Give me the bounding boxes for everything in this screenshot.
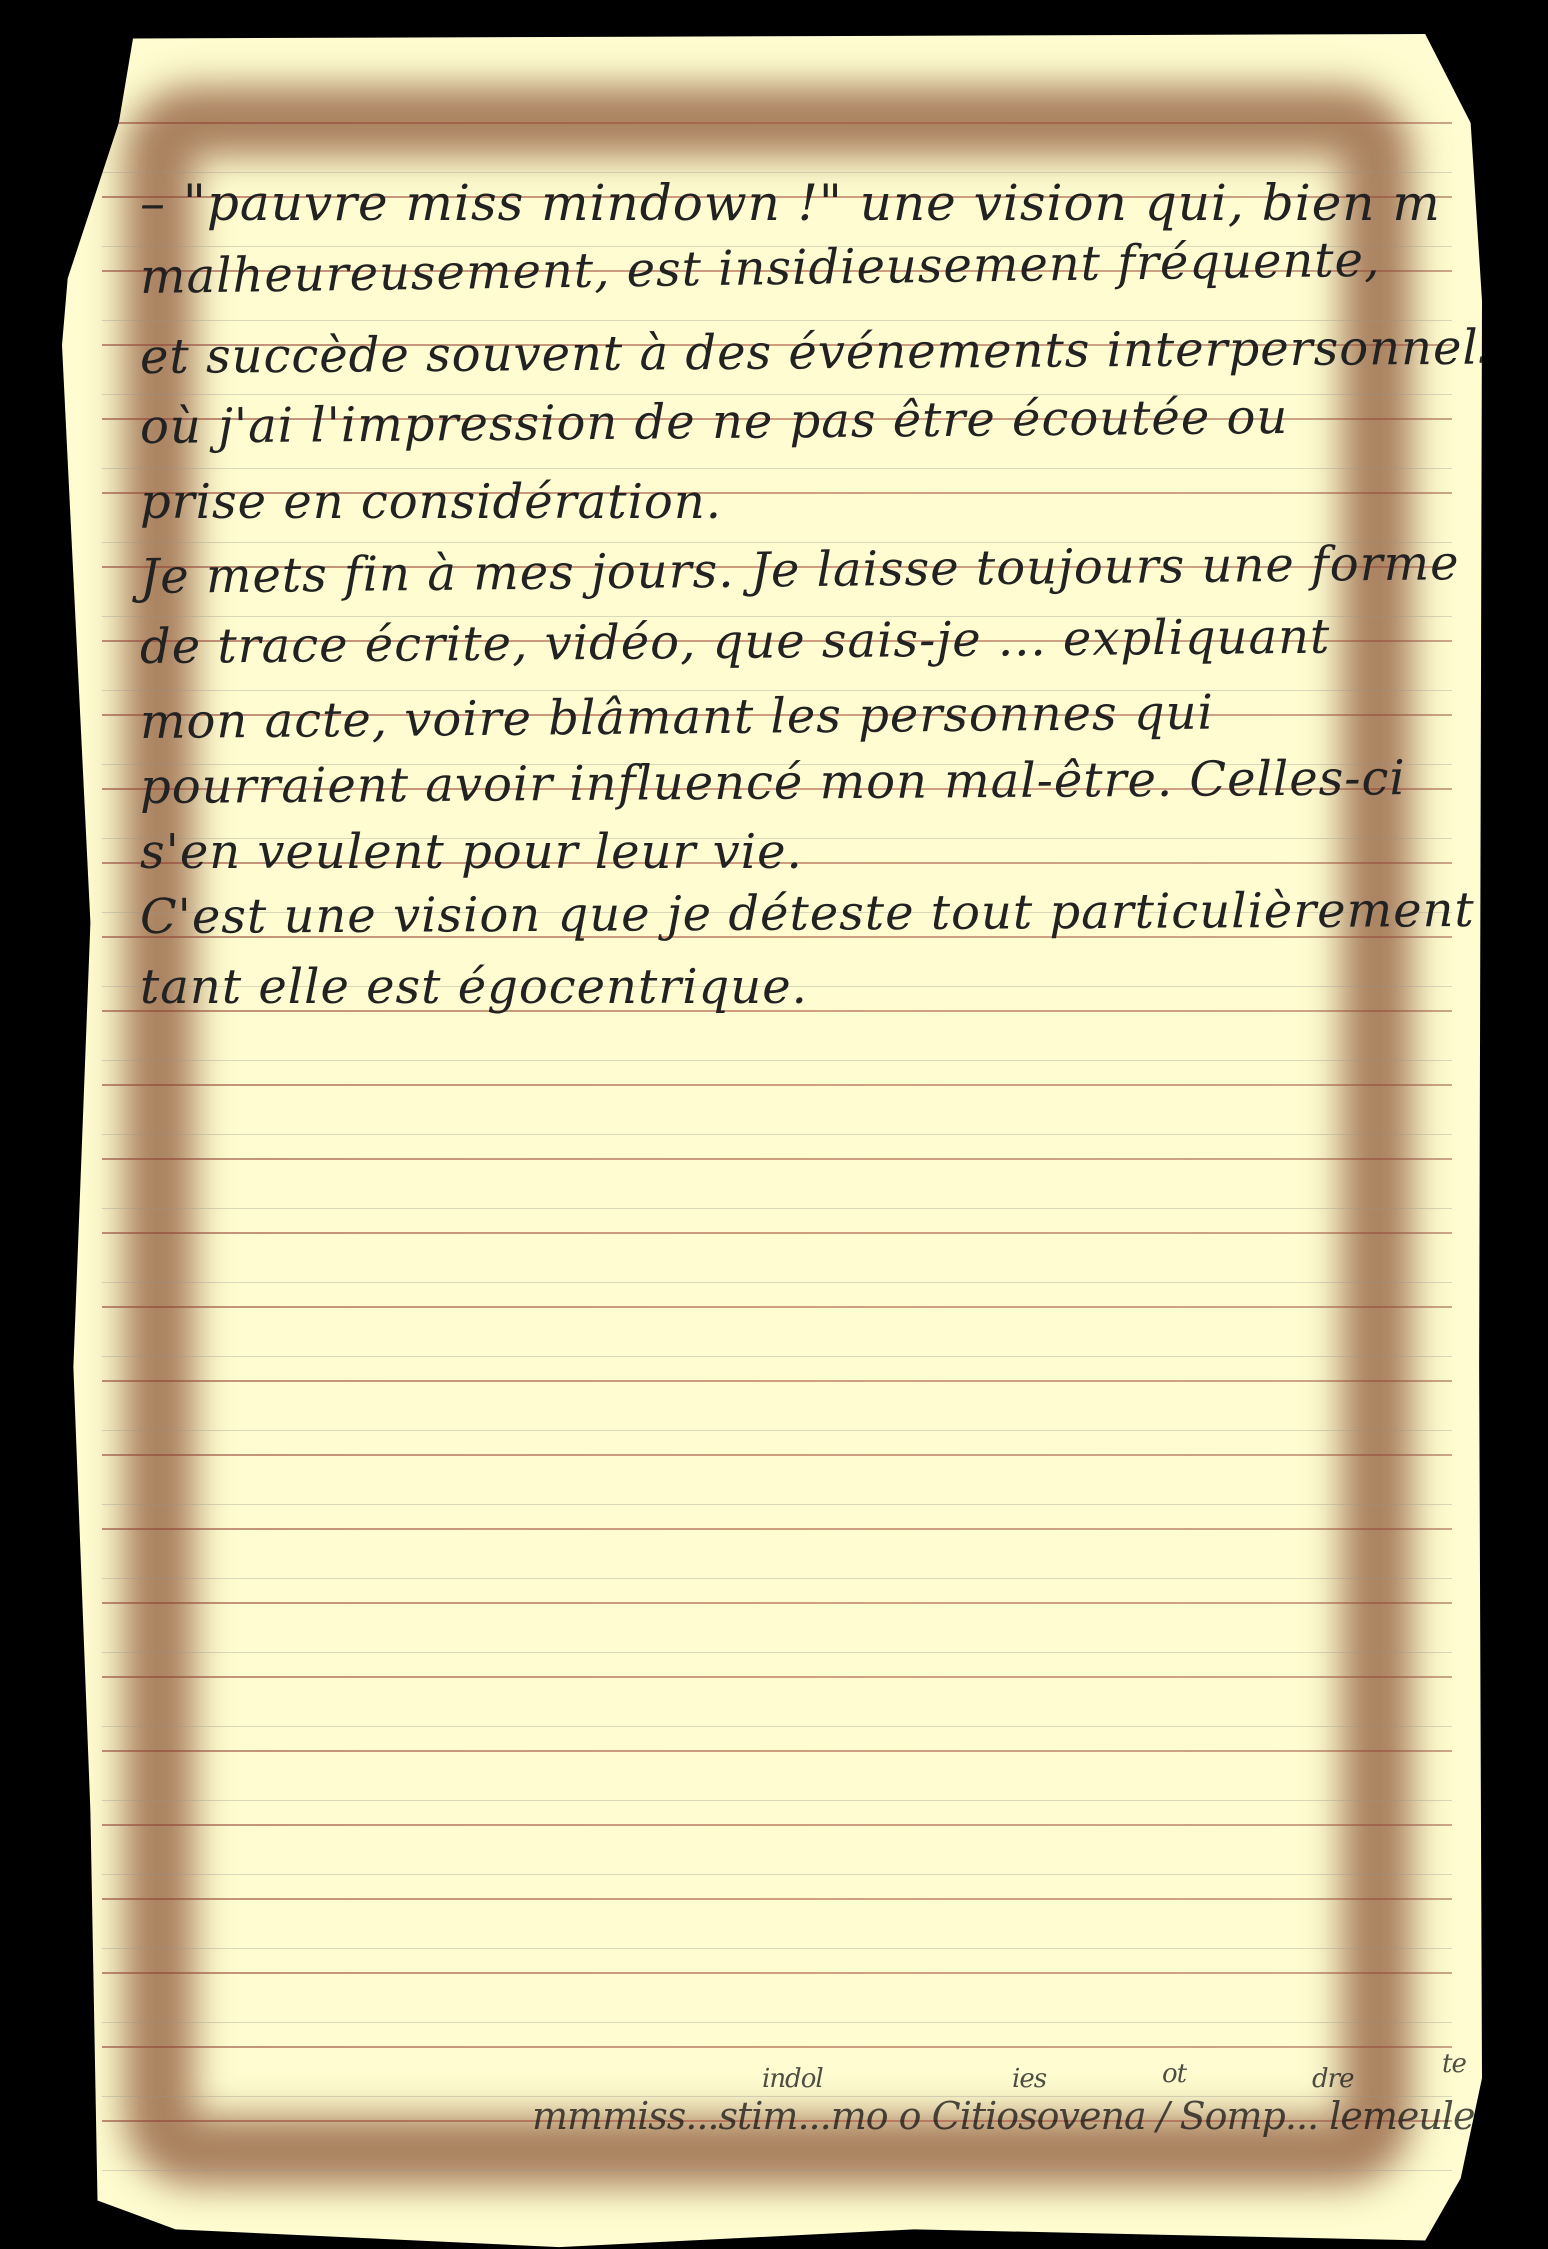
- rule-line-faint: [102, 1800, 1452, 1801]
- text-line: mon acte, voire blâmant les personnes qu…: [140, 685, 1214, 750]
- text-line: tant elle est égocentrique.: [140, 959, 808, 1015]
- rule-line-faint: [102, 1356, 1452, 1357]
- rule-line-faint: [102, 1134, 1452, 1135]
- rule-line-faint: [102, 1208, 1452, 1209]
- bleed-fragment: ot: [1162, 2059, 1186, 2089]
- rule-line: [102, 1454, 1452, 1456]
- rule-line: [102, 1306, 1452, 1308]
- text-line: et succède souvent à des événements inte…: [140, 319, 1482, 385]
- text-line: – "pauvre miss mindown !" une vision qui…: [140, 174, 1441, 232]
- rule-line: [102, 1158, 1452, 1160]
- rule-line: [102, 1676, 1452, 1678]
- bleed-fragment: ies: [1012, 2064, 1046, 2094]
- rule-line: [102, 1602, 1452, 1604]
- rule-line: [102, 1528, 1452, 1530]
- rule-line: [102, 2046, 1452, 2048]
- rule-line-faint: [102, 1578, 1452, 1579]
- rule-line-faint: [102, 1726, 1452, 1727]
- rule-line-faint: [102, 1874, 1452, 1875]
- notebook-page: – "pauvre miss mindown !" une vision qui…: [62, 34, 1482, 2249]
- rule-line-faint: [102, 1504, 1452, 1505]
- text-line: pourraient avoir influencé mon mal-être.…: [140, 750, 1406, 815]
- rule-line-faint: [102, 468, 1452, 469]
- rule-line-faint: [102, 1948, 1452, 1949]
- text-line: prise en considération.: [140, 474, 722, 530]
- rule-line: [102, 1824, 1452, 1826]
- rule-line-faint: [102, 172, 1452, 173]
- bleed-fragment: dre: [1312, 2064, 1353, 2094]
- text-line: où j'ai l'impression de ne pas être écou…: [140, 389, 1289, 455]
- rule-line: [102, 1972, 1452, 1974]
- rule-line-faint: [102, 2022, 1452, 2023]
- rule-line-faint: [102, 1430, 1452, 1431]
- text-line: s'en veulent pour leur vie.: [140, 824, 803, 880]
- rule-line: [102, 122, 1452, 124]
- rule-line-faint: [102, 1652, 1452, 1653]
- text-line: C'est une vision que je déteste tout par…: [140, 882, 1475, 945]
- rule-line: [102, 1232, 1452, 1234]
- bleed-through-line: mmmiss...stim...mo o Citiosovena / Somp.…: [532, 2094, 1482, 2138]
- rule-line-faint: [102, 1282, 1452, 1283]
- bleed-fragment: te: [1442, 2049, 1466, 2079]
- rule-line: [102, 1380, 1452, 1382]
- rule-line-faint: [102, 2170, 1452, 2171]
- text-line: de trace écrite, vidéo, que sais-je ... …: [140, 609, 1331, 675]
- rule-line: [102, 1084, 1452, 1086]
- rule-line-faint: [102, 1060, 1452, 1061]
- bleed-fragment: indol: [762, 2064, 823, 2094]
- rule-line: [102, 1750, 1452, 1752]
- rule-line: [102, 1898, 1452, 1900]
